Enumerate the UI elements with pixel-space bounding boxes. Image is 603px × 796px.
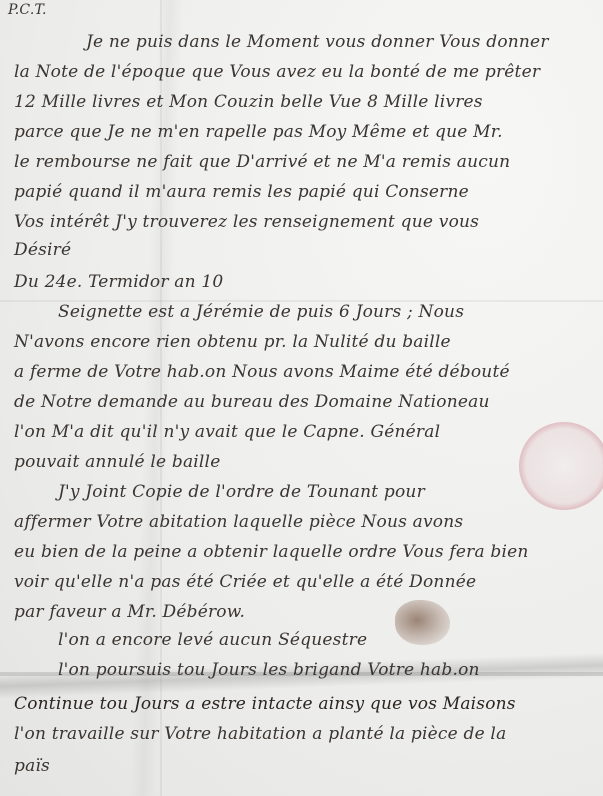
text-line: a ferme de Votre hab.on Nous avons Maime… — [14, 362, 510, 382]
letter-page: P.C.T. Je ne puis dans le Moment vous do… — [0, 0, 603, 796]
text-line: Désiré — [14, 240, 71, 260]
text-line: affermer Votre abitation laquelle pièce … — [14, 512, 463, 532]
text-line: Continue tou Jours a estre intacte ainsy… — [14, 694, 516, 714]
text-line: Vos intérêt J'y trouverez les renseignem… — [14, 212, 479, 232]
text-line: par faveur a Mr. Débérow. — [14, 602, 245, 622]
text-line: l'on poursuis tou Jours les brigand Votr… — [58, 660, 480, 680]
text-line: J'y Joint Copie de l'ordre de Tounant po… — [58, 482, 425, 502]
brown-stain — [395, 600, 450, 645]
text-line: la Note de l'époque que Vous avez eu la … — [14, 62, 540, 82]
text-line: papié quand il m'aura remis les papié qu… — [14, 182, 469, 202]
text-line: l'on M'a dit qu'il n'y avait que le Capn… — [14, 422, 440, 442]
letter-date: Du 24e. Termidor an 10 — [14, 272, 223, 292]
text-line: païs — [14, 756, 50, 776]
text-line: parce que Je ne m'en rapelle pas Moy Mêm… — [14, 122, 503, 142]
text-line: l'on travaille sur Votre habitation a pl… — [14, 724, 506, 744]
text-line: l'on a encore levé aucun Séquestre — [58, 630, 367, 650]
red-wax-seal — [519, 422, 603, 510]
text-line: de Notre demande au bureau des Domaine N… — [14, 392, 490, 412]
text-line: Je ne puis dans le Moment vous donner Vo… — [86, 32, 549, 52]
text-line: voir qu'elle n'a pas été Criée et qu'ell… — [14, 572, 476, 592]
text-line: Seignette est a Jérémie de puis 6 Jours … — [58, 302, 464, 322]
text-line: 12 Mille livres et Mon Couzin belle Vue … — [14, 92, 483, 112]
text-line: le rembourse ne fait que D'arrivé et ne … — [14, 152, 510, 172]
text-line: eu bien de la peine a obtenir laquelle o… — [14, 542, 529, 562]
letter-header: P.C.T. — [8, 2, 47, 18]
text-line: N'avons encore rien obtenu pr. la Nulité… — [14, 332, 451, 352]
text-line: pouvait annulé le baille — [14, 452, 220, 472]
